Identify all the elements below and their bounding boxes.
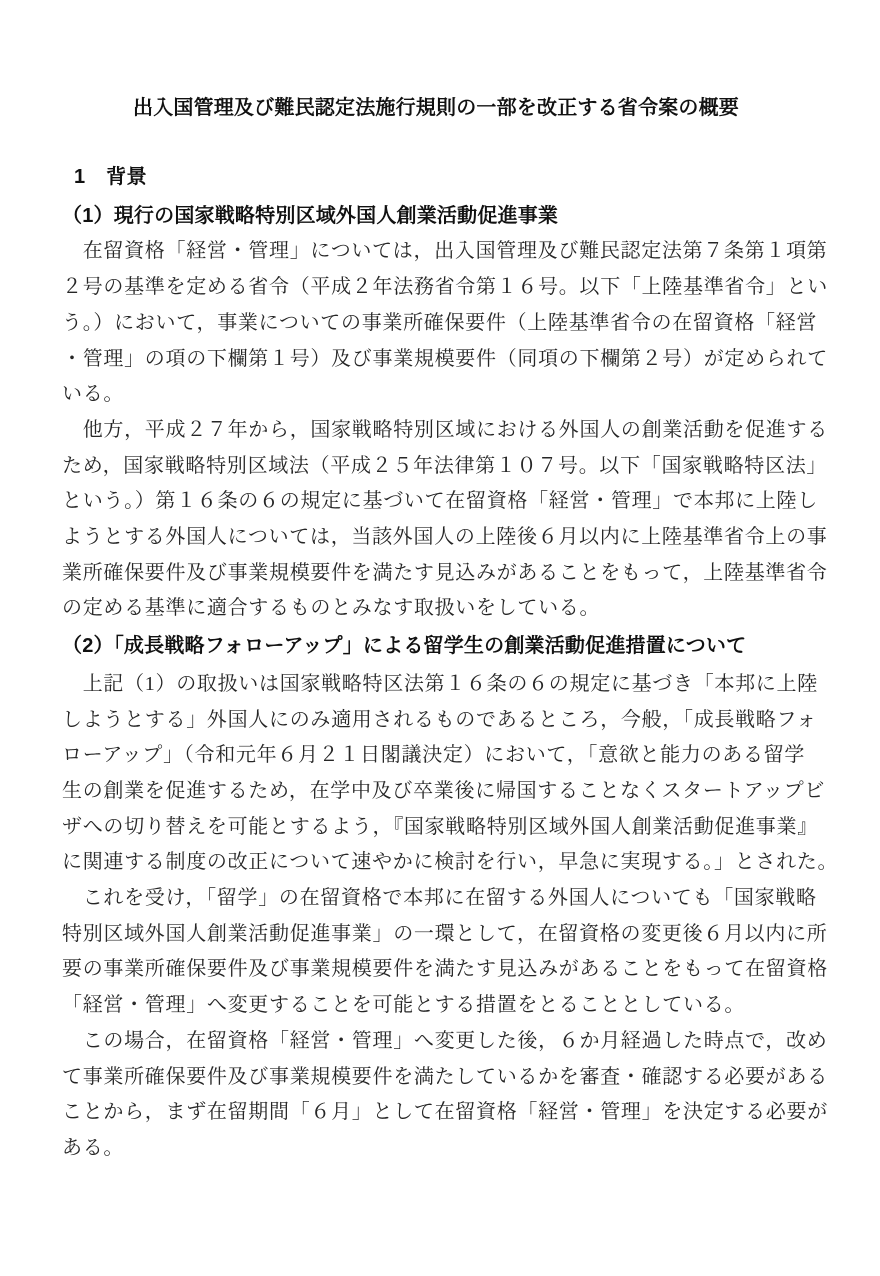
text-line: て事業所確保要件及び事業規模要件を満たしているかを審査・確認する必要がある <box>62 1060 810 1096</box>
text-line: ため，国家戦略特別区域法（平成２５年法律第１０７号。以下「国家戦略特区法」 <box>62 449 810 485</box>
document-content: 出入国管理及び難民認定法施行規則の一部を改正する省令案の概要 1 背景 （1）現… <box>62 90 810 1167</box>
text-line: ローアップ」（令和元年６月２１日閣議決定）において，「意欲と能力のある留学 <box>62 738 810 774</box>
subsection-2-heading: （2）「成長戦略フォローアップ」による留学生の創業活動促進措置について <box>62 629 810 665</box>
text-line: 特別区域外国人創業活動促進事業」の一環として，在留資格の変更後６月以内に所 <box>62 917 810 953</box>
text-line: 「経営・管理」へ変更することを可能とする措置をとることとしている。 <box>62 988 810 1024</box>
text-line: しようとする」外国人にのみ適用されるものであるところ，今般，「成長戦略フォ <box>62 703 810 739</box>
text-line: ある。 <box>62 1131 810 1167</box>
text-line: ・管理」の項の下欄第１号）及び事業規模要件（同項の下欄第２号）が定められて <box>62 342 810 378</box>
text-line: ザへの切り替えを可能とするよう，『国家戦略特別区域外国人創業活動促進事業』 <box>62 810 810 846</box>
text-line: という。）第１６条の６の規定に基づいて在留資格「経営・管理」で本邦に上陸し <box>62 484 810 520</box>
page-title: 出入国管理及び難民認定法施行規則の一部を改正する省令案の概要 <box>62 90 810 126</box>
text-line: ことから，まず在留期間「６月」として在留資格「経営・管理」を決定する必要が <box>62 1095 810 1131</box>
subsection-1-body: 在留資格「経営・管理」については，出入国管理及び難民認定法第７条第１項第２号の基… <box>62 234 810 627</box>
document-page: 出入国管理及び難民認定法施行規則の一部を改正する省令案の概要 1 背景 （1）現… <box>0 0 880 1276</box>
text-line: の定める基準に適合するものとみなす取扱いをしている。 <box>62 591 810 627</box>
text-line: に関連する制度の改正について速やかに検討を行い，早急に実現する。」とされた。 <box>62 845 810 881</box>
section-1-heading: 1 背景 <box>62 160 810 196</box>
subsection-2-body: 上記（1）の取扱いは国家戦略特区法第１６条の６の規定に基づき「本邦に上陸しようと… <box>62 667 810 1167</box>
text-line: う。）において，事業についての事業所確保要件（上陸基準省令の在留資格「経営 <box>62 306 810 342</box>
subsection-1-heading: （1）現行の国家戦略特別区域外国人創業活動促進事業 <box>62 199 810 235</box>
text-line: 在留資格「経営・管理」については，出入国管理及び難民認定法第７条第１項第 <box>62 234 810 270</box>
text-line: 業所確保要件及び事業規模要件を満たす見込みがあることをもって，上陸基準省令 <box>62 556 810 592</box>
text-line: 上記（1）の取扱いは国家戦略特区法第１６条の６の規定に基づき「本邦に上陸 <box>62 667 810 703</box>
text-line: この場合，在留資格「経営・管理」へ変更した後，６か月経過した時点で，改め <box>62 1024 810 1060</box>
text-line: ２号の基準を定める省令（平成２年法務省令第１６号。以下「上陸基準省令」とい <box>62 270 810 306</box>
text-line: 要の事業所確保要件及び事業規模要件を満たす見込みがあることをもって在留資格 <box>62 952 810 988</box>
text-line: いる。 <box>62 377 810 413</box>
text-line: ようとする外国人については，当該外国人の上陸後６月以内に上陸基準省令上の事 <box>62 520 810 556</box>
text-line: 生の創業を促進するため，在学中及び卒業後に帰国することなくスタートアップビ <box>62 774 810 810</box>
text-line: これを受け，「留学」の在留資格で本邦に在留する外国人についても「国家戦略 <box>62 881 810 917</box>
text-line: 他方，平成２７年から，国家戦略特別区域における外国人の創業活動を促進する <box>62 413 810 449</box>
